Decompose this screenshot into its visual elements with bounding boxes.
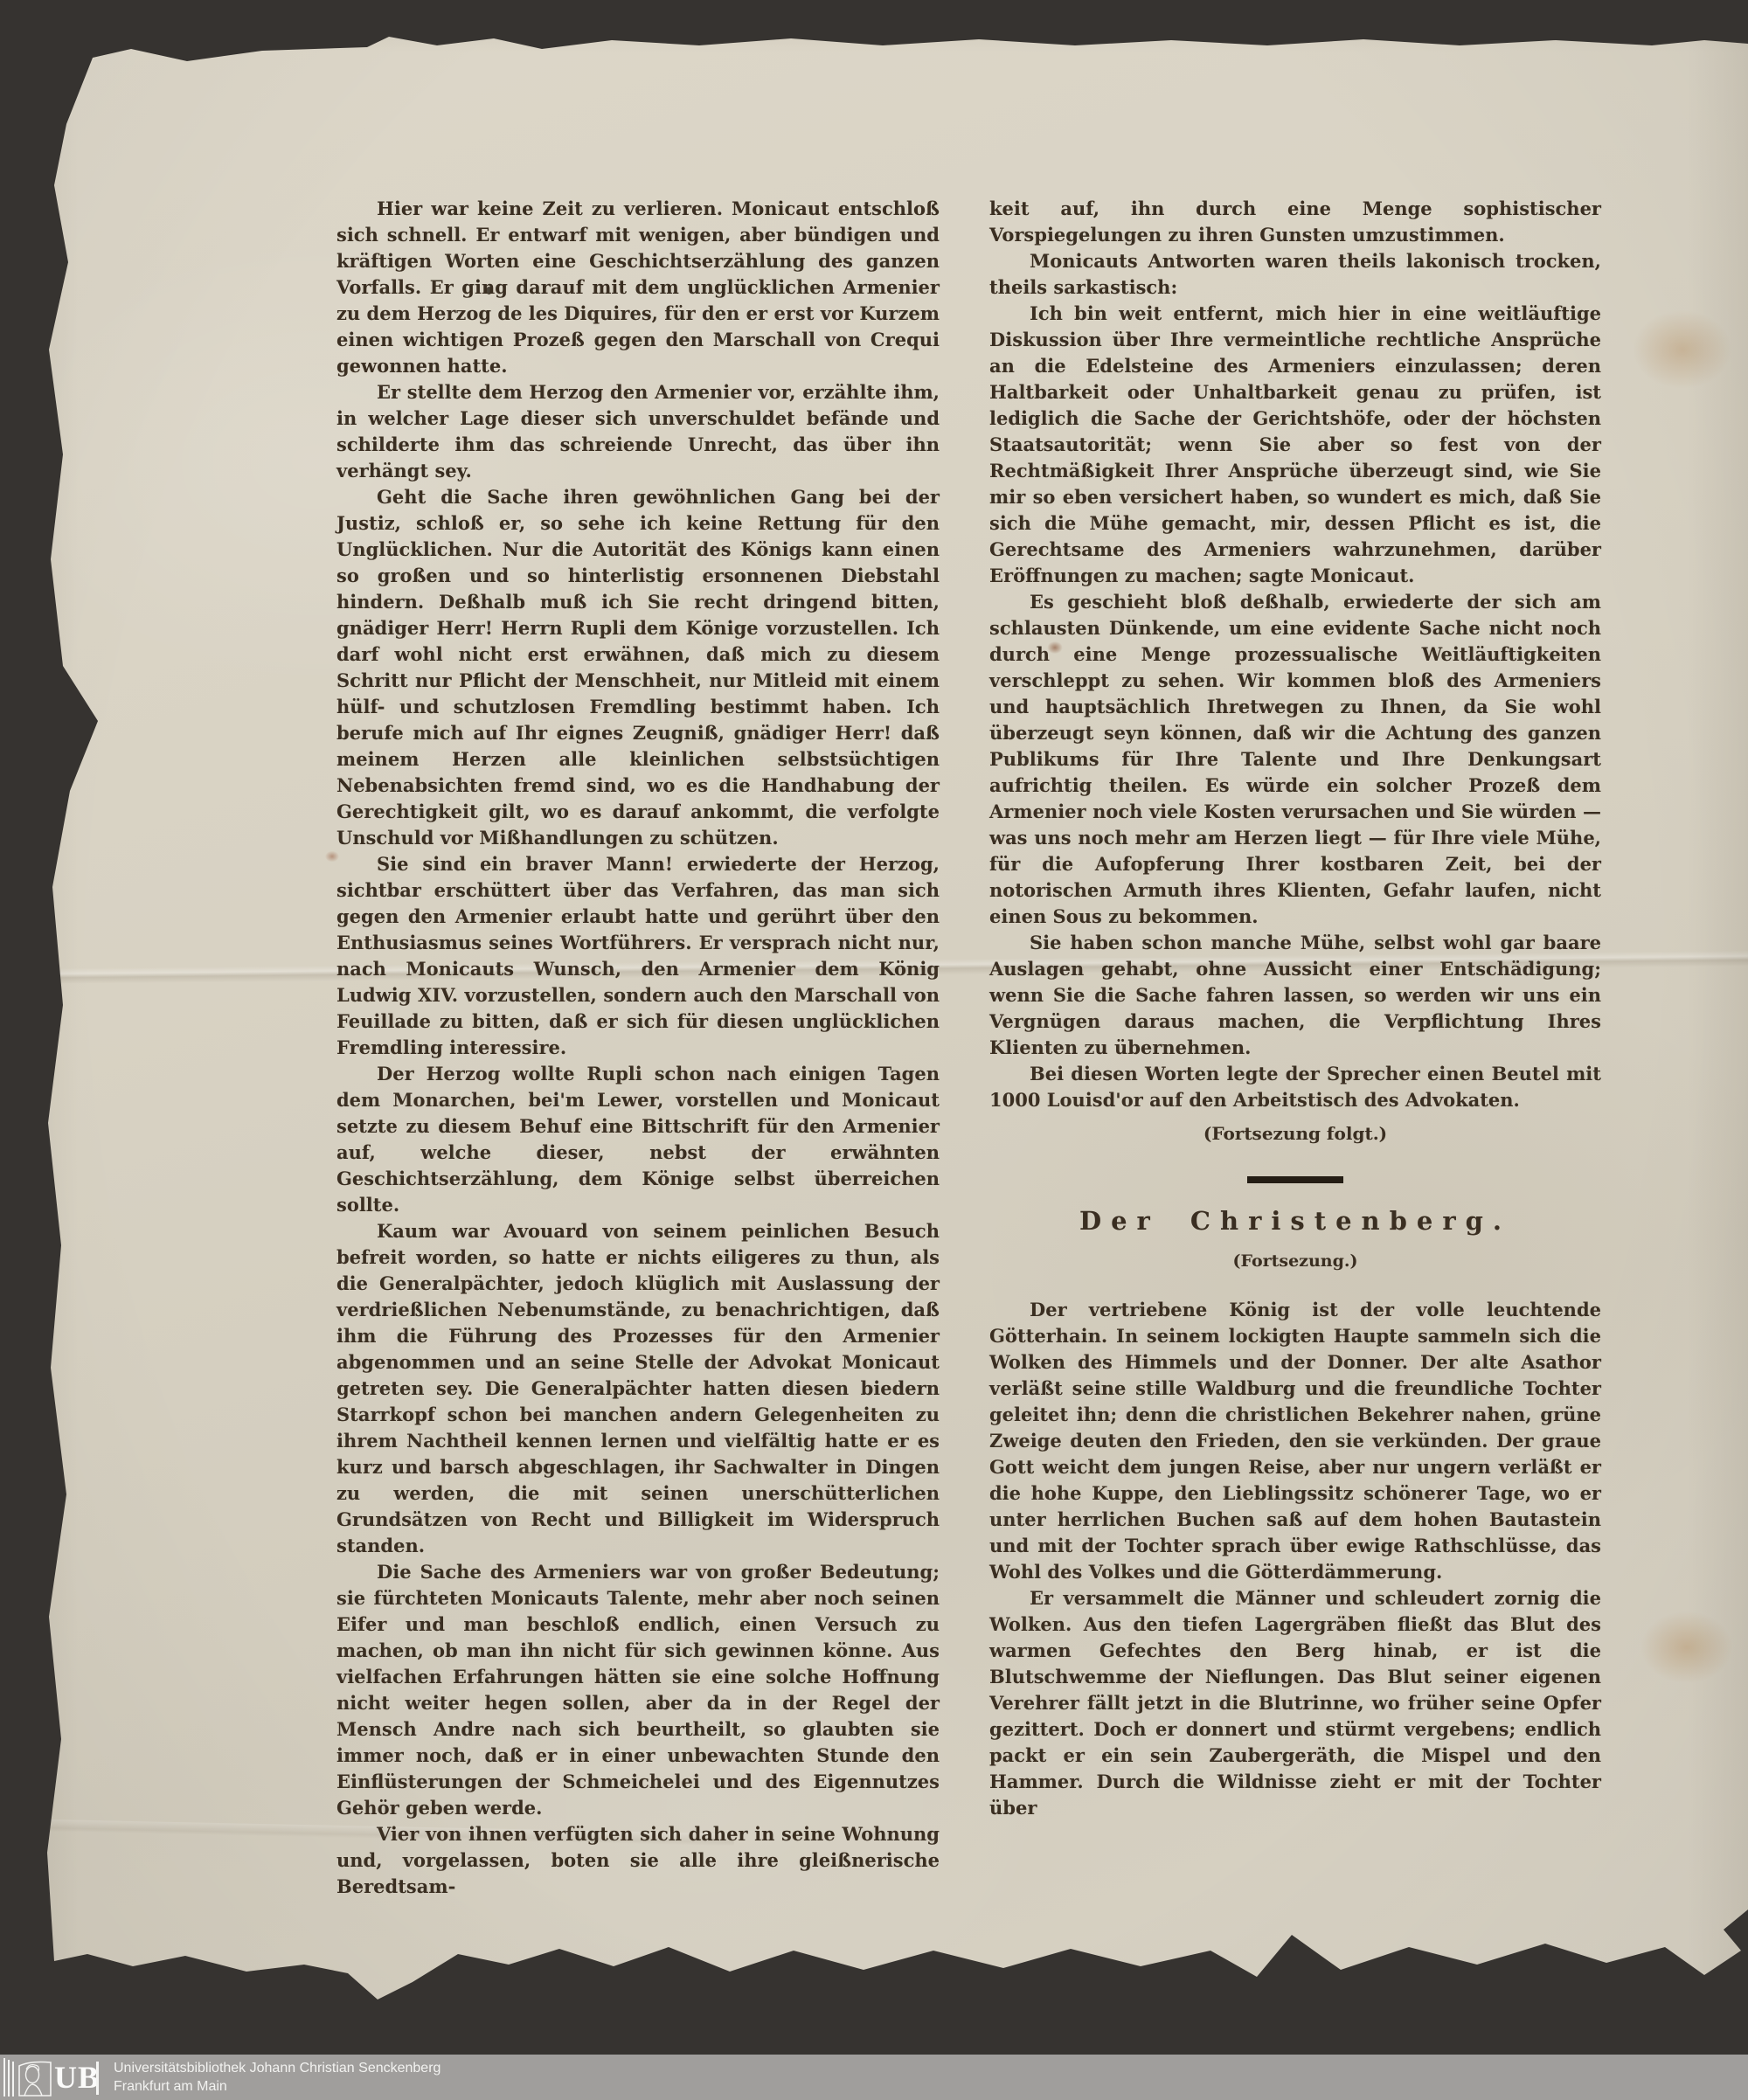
paragraph: Vier von ihnen verfügten sich daher in s… [336, 1821, 940, 1900]
portrait-icon [17, 2059, 52, 2100]
paragraph: Monicauts Antworten waren theils lakonis… [989, 248, 1601, 301]
paragraph: Kaum war Avouard von seinem peinlichen B… [336, 1218, 940, 1559]
paragraph: Der Herzog wollte Rupli schon nach einig… [336, 1061, 940, 1218]
ub-logo-text: UB [54, 2058, 100, 2097]
paragraph: Er stellte dem Herzog den Armenier vor, … [336, 379, 940, 484]
book-spines-icon [3, 2058, 14, 2097]
article-title: Der Christenberg. [989, 1208, 1601, 1234]
text-column-right: keit auf, ihn durch eine Menge sophistis… [989, 196, 1601, 1821]
paragraph: Ich bin weit entfernt, mich hier in eine… [989, 301, 1601, 589]
paper-stain [1617, 297, 1748, 402]
paragraph: Hier war keine Zeit zu verlieren. Monica… [336, 196, 940, 379]
library-city: Frankfurt am Main [114, 2077, 440, 2096]
paragraph: keit auf, ihn durch eine Menge sophistis… [989, 196, 1601, 248]
logo-divider [96, 2062, 99, 2095]
scan-viewport: Hier war keine Zeit zu verlieren. Monica… [0, 0, 1748, 2100]
text-column-left: Hier war keine Zeit zu verlieren. Monica… [336, 196, 940, 1900]
ub-logo: UB [2, 2056, 100, 2098]
paragraph: Sie haben schon manche Mühe, selbst wohl… [989, 930, 1601, 1061]
library-footer-bar: UB Universitätsbibliothek Johann Christi… [0, 2055, 1748, 2100]
paragraph: Die Sache des Armeniers war von großer B… [336, 1559, 940, 1821]
library-name: Universitätsbibliothek Johann Christian … [114, 2059, 440, 2077]
paragraph: Sie sind ein braver Mann! erwiederte der… [336, 851, 940, 1061]
paragraph: Er versammelt die Männer und schleudert … [989, 1585, 1601, 1821]
scanned-page: Hier war keine Zeit zu verlieren. Monica… [0, 0, 1748, 2100]
article-subtitle: (Fortsezung.) [989, 1248, 1601, 1274]
section-divider [1247, 1176, 1343, 1183]
paragraph: Der vertriebene König ist der volle leuc… [989, 1297, 1601, 1585]
paragraph: Es geschieht bloß deßhalb, erwiederte de… [989, 589, 1601, 930]
paragraph: Geht die Sache ihren gewöhnlichen Gang b… [336, 484, 940, 851]
paragraph: Bei diesen Worten legte der Sprecher ein… [989, 1061, 1601, 1113]
continuation-note: (Fortsezung folgt.) [989, 1120, 1601, 1147]
paper-stain [1626, 1599, 1748, 1695]
